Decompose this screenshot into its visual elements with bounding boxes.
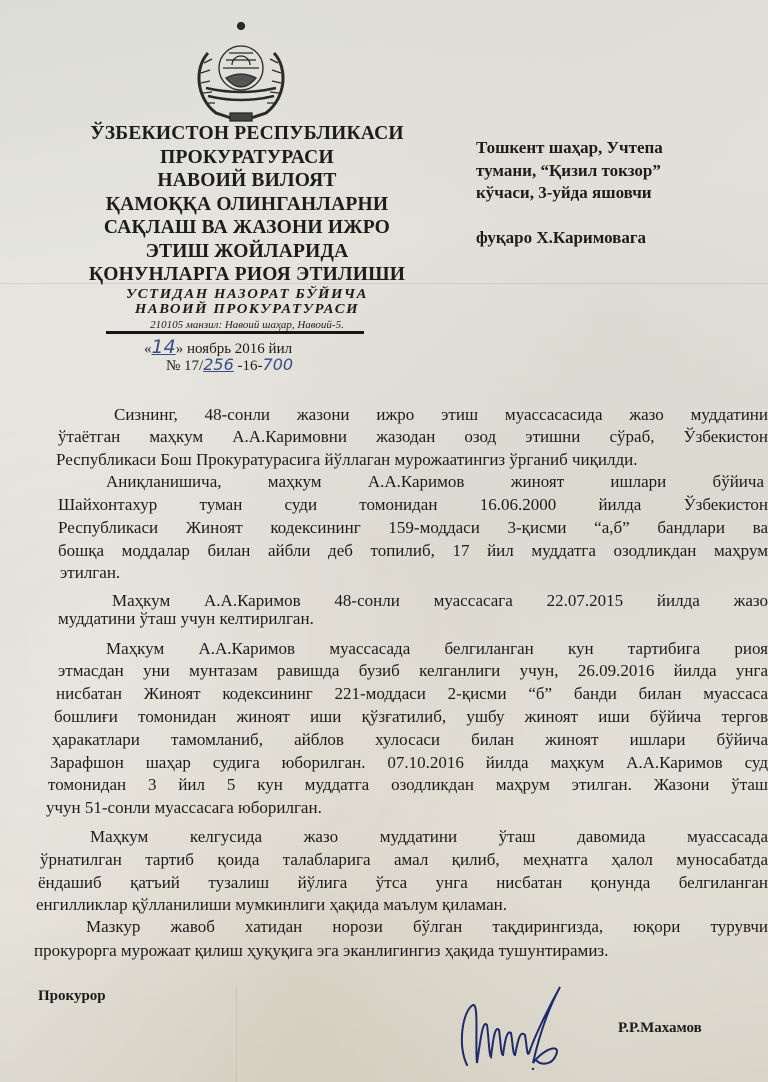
body-line: этмасдан уни мунтазам равишда бузиб келг…	[58, 660, 768, 682]
reference-handwritten-suffix: 700	[263, 355, 294, 374]
org-name-line: ЭТИШ ЖОЙЛАРИДА	[86, 240, 408, 264]
org-name-line: ҚАМОҚҚА ОЛИНГАНЛАРНИ	[86, 193, 408, 217]
date-quote: «	[144, 341, 152, 357]
state-emblem-icon	[186, 18, 296, 128]
org-name-line: ПРОКУРАТУРАСИ	[86, 146, 408, 170]
body-line: Сизнинг, 48-сонли жазони ижро этиш муасс…	[114, 404, 768, 426]
body-line: муддатини ўташ учун келтирилган.	[58, 608, 314, 630]
body-line: Республикаси Бош Прокуратурасига йўллага…	[56, 449, 638, 471]
reference-middle: -16-	[234, 358, 263, 374]
recipient-address-line: Тошкент шаҳар, Учтепа	[476, 137, 663, 160]
body-line: ўрнатилган тартиб қоида талабларига амал…	[40, 849, 768, 871]
body-line: Маҳкум келгусида жазо муддатини ўташ дав…	[90, 826, 768, 848]
recipient-block: Тошкент шаҳар, Учтепа тумани, “Қизил ток…	[476, 137, 663, 249]
paper-crease	[236, 985, 237, 1082]
reference-number: № 17/256 -16-700	[166, 355, 293, 375]
body-line: ўтаётган маҳкум А.А.Каримовни жазодан оз…	[58, 426, 768, 448]
reference-prefix: № 17/	[166, 358, 203, 374]
org-name-line: ЎЗБЕКИСТОН РЕСПУБЛИКАСИ	[86, 122, 408, 146]
body-line: нисбатан Жиноят кодексининг 221-моддаси …	[56, 683, 768, 705]
body-line: енгилликлар қўлланилиши мумкинлиги ҳақид…	[36, 894, 507, 916]
org-subtitle-line: НАВОИЙ ПРОКУРАТУРАСИ	[78, 302, 416, 317]
reference-handwritten-number: 256	[203, 355, 234, 374]
body-line: Шайхонтахур туман суди томонидан 16.06.2…	[58, 494, 768, 516]
letterhead-divider	[106, 331, 364, 334]
body-line: Зарафшон шаҳар судига юборилган. 07.10.2…	[50, 752, 768, 774]
org-subtitle-line: УСТИДАН НАЗОРАТ БЎЙИЧА	[78, 287, 416, 302]
recipient-address-line: кўчаси, 3-уйда яшовчи	[476, 182, 663, 205]
body-line: прокурорга мурожаат қилиш ҳуқуқига эга э…	[34, 940, 608, 962]
body-line: томонидан 3 йил 5 кун муддатга озодликда…	[48, 774, 768, 796]
recipient-name: фуқаро Х.Каримовага	[476, 227, 663, 250]
recipient-address-line: тумани, “Қизил токзор”	[476, 160, 663, 183]
body-line: ҳаракатлари тамомланиб, айблов хулосаси …	[52, 729, 768, 751]
org-name-line: САҚЛАШ ВА ЖАЗОНИ ИЖРО	[86, 216, 408, 240]
body-line: Мазкур жавоб хатидан норози бўлган тақди…	[86, 916, 768, 938]
body-line: Республикаси Жиноят кодексининг 159-модд…	[58, 517, 768, 539]
body-line: учун 51-сонли муассасага юборилган.	[46, 797, 322, 819]
signatory-title: Прокурор	[38, 988, 106, 1005]
handwritten-signature-icon	[455, 985, 575, 1070]
signatory-name: Р.Р.Махамов	[618, 1020, 702, 1037]
body-line: ёндашиб қатъий тузалиш йўлига ўтса унга …	[38, 872, 768, 894]
letterhead: ЎЗБЕКИСТОН РЕСПУБЛИКАСИ ПРОКУРАТУРАСИ НА…	[86, 122, 408, 333]
body-line: Маҳкум А.А.Каримов муассасада белгиланга…	[106, 638, 768, 660]
org-name-line: ҚОНУНЛАРГА РИОЯ ЭТИЛИШИ	[86, 263, 408, 287]
body-line: Аниқланишича, маҳкум А.А.Каримов жиноят …	[106, 471, 764, 493]
body-line: бошқа моддалар билан айбли деб топилиб, …	[58, 540, 768, 562]
body-line: бошлиғи томонидан жиноят иши қўзғатилиб,…	[54, 706, 768, 728]
body-line: этилган.	[60, 562, 120, 584]
org-name-line: НАВОИЙ ВИЛОЯТ	[86, 169, 408, 193]
